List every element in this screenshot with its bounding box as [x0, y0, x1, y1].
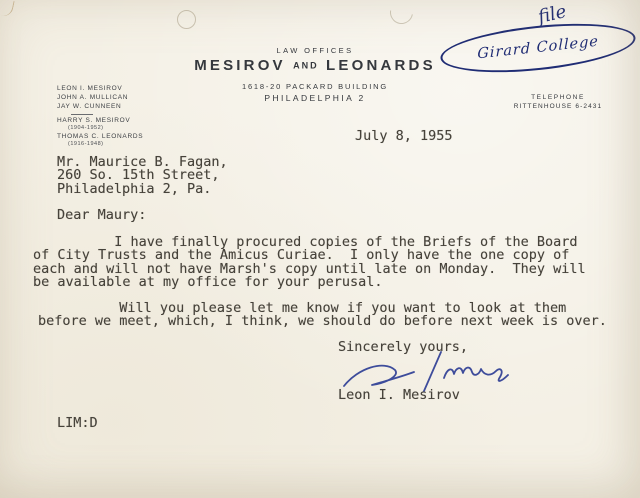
letterhead-city-line: PHILADELPHIA 2	[175, 93, 455, 103]
attorney-list: LEON I. MESIROV JOHN A. MULLICAN JAY W. …	[57, 84, 143, 149]
firm-name-right: LEONARDS	[326, 57, 436, 74]
handwritten-circle-annotation: Girard College	[438, 16, 638, 80]
date-line: July 8, 1955	[355, 130, 453, 143]
attorney-name: JOHN A. MULLICAN	[57, 93, 143, 102]
punch-hole-mark	[177, 10, 196, 29]
typist-initials: LIM:D	[57, 417, 98, 430]
divider-rule	[71, 114, 93, 115]
body-paragraph-1: I have finally procured copies of the Br…	[33, 236, 586, 290]
telephone-number: RITTENHOUSE 6-2431	[497, 103, 619, 110]
typed-signature-name: Leon I. Mesirov	[338, 389, 460, 402]
attorney-name: JAY W. CUNNEEN	[57, 102, 143, 111]
deceased-attorney-name: HARRY S. MESIROV	[57, 117, 143, 126]
letterhead-firm-name: MESIROV AND LEONARDS	[175, 57, 455, 74]
telephone-block: TELEPHONE RITTENHOUSE 6-2431	[497, 92, 619, 110]
firm-name-left: MESIROV	[194, 57, 286, 74]
deceased-attorney-years: (1916-1948)	[68, 141, 143, 149]
recipient-address: Mr. Maurice B. Fagan, 260 So. 15th Stree…	[57, 156, 228, 196]
salutation: Dear Maury:	[57, 209, 146, 222]
deceased-attorney-name: THOMAS C. LEONARDS	[57, 133, 143, 142]
deceased-attorney-years: (1904-1952)	[68, 125, 143, 133]
handwritten-circled-text: Girard College	[477, 34, 599, 63]
letterhead-office-type: LAW OFFICES	[175, 46, 455, 55]
letterhead-building-address: 1618-20 PACKARD BUILDING	[175, 82, 455, 91]
scratch-mark	[1, 0, 14, 18]
attorney-name: LEON I. MESIROV	[57, 84, 143, 93]
punch-hole-mark	[385, 0, 417, 29]
scanned-letter: file Girard College LAW OFFICES MESIROV …	[0, 0, 640, 498]
firm-conjunction: AND	[293, 61, 319, 71]
telephone-label: TELEPHONE	[497, 92, 619, 103]
body-paragraph-2: Will you please let me know if you want …	[38, 302, 607, 329]
